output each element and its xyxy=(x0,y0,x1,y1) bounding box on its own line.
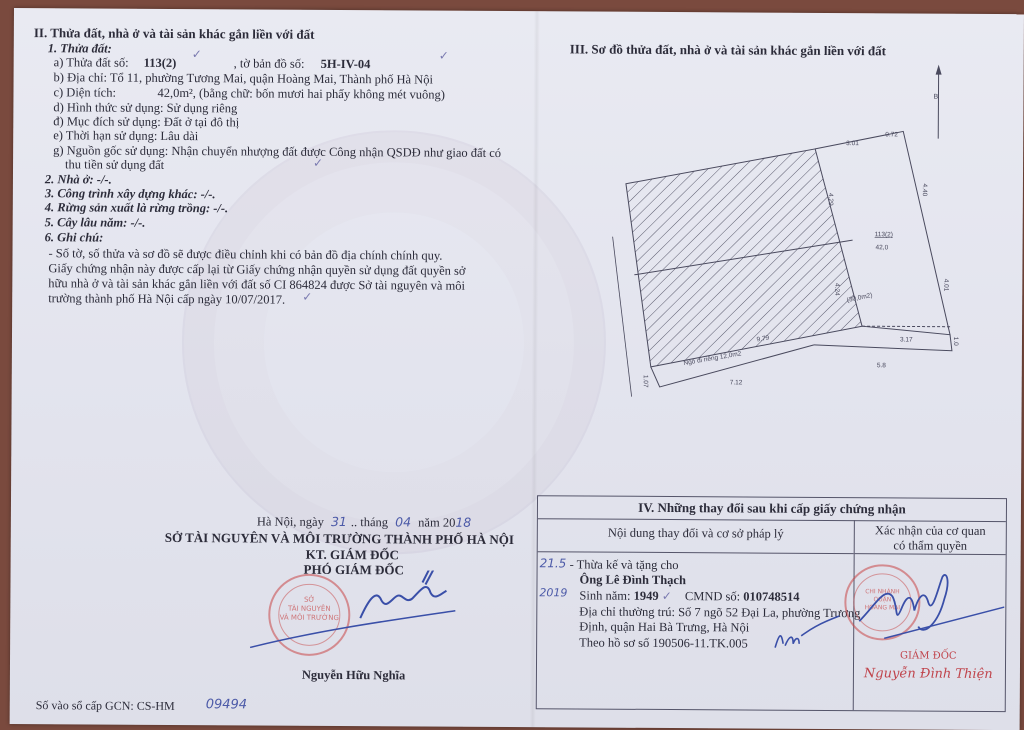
parcel-diagram: B 3.01 0.72 4.40 4.01 4.29 4.24 113(2) 4… xyxy=(592,57,994,399)
confirm-signer: Nguyễn Đình Thiện xyxy=(864,666,993,682)
id-number: 010748514 xyxy=(743,589,799,603)
dim-inner-lower: 4.24 xyxy=(833,283,840,296)
parcel-id: 113(2) xyxy=(875,231,893,238)
dim-left-small: 1.07 xyxy=(642,375,649,388)
authority-confirmation-column: Xác nhận của cơ quan có thẩm quyền CHI N… xyxy=(854,520,1006,711)
notes-heading: 6. Ghi chú: xyxy=(45,230,104,246)
dim-right-small: 1.0 xyxy=(952,337,959,346)
dim-top: 3.01 xyxy=(846,140,859,147)
handwritten-year: 2019 xyxy=(539,586,567,599)
map-sheet-label: , tờ bản đồ số: xyxy=(234,56,305,72)
issuing-agency: SỞ TÀI NGUYÊN VÀ MÔI TRƯỜNG THÀNH PHỐ HÀ… xyxy=(165,530,514,548)
recipient-name: Ông Lê Đình Thạch xyxy=(579,572,685,588)
birth-year: 1949 xyxy=(634,589,659,603)
section2-title: II. Thửa đất, nhà ở và tài sản khác gắn … xyxy=(34,25,315,43)
dim-bottom-right: 3.17 xyxy=(900,336,913,343)
dim-lane-bottom: 7.12 xyxy=(730,379,743,386)
signer-role-1: KT. GIÁM ĐỐC xyxy=(306,547,399,564)
handwritten-date: 21.5 xyxy=(540,556,567,570)
changes-content-column: Nội dung thay đổi và cơ sở pháp lý 21.5 … xyxy=(537,518,855,710)
dim-inner-upper: 4.29 xyxy=(827,193,834,206)
dim-top-right: 0.72 xyxy=(885,131,898,138)
usage-origin-cont: thu tiền sử dụng đất xyxy=(65,157,164,173)
signer-name: Nguyễn Hữu Nghĩa xyxy=(302,668,405,684)
parcel-number: 113(2) xyxy=(144,56,177,72)
forest-item: 4. Rừng sản xuất là rừng trồng: -/-. xyxy=(45,200,229,217)
watermark-emblem xyxy=(181,129,608,556)
check-mark-icon: ✓ xyxy=(439,49,449,63)
entry-type: - Thừa kế và tặng cho xyxy=(570,557,679,573)
usage-term: e) Thời hạn sử dụng: Lâu dài xyxy=(53,128,198,144)
check-mark-icon: ✓ xyxy=(192,47,202,61)
dim-lane-right: 5.8 xyxy=(877,362,886,369)
change-entry: 21.5 2019 - Thừa kế và tặng cho Ông Lê Đ… xyxy=(537,552,854,710)
parcel-number-label: a) Thửa đất số: xyxy=(54,55,129,71)
issue-day: 31 xyxy=(331,514,347,529)
birth-info: Sinh năm: 1949 ✓ CMND số: 010748514 xyxy=(579,588,799,605)
area-label: c) Diện tích: xyxy=(53,85,116,101)
col2-header: Xác nhận của cơ quan có thẩm quyền xyxy=(855,520,1006,555)
north-label: B xyxy=(933,94,938,101)
note-line: trường thành phố Hà Nội cấp ngày 10/07/2… xyxy=(48,291,285,308)
map-sheet-number: 5H-IV-04 xyxy=(321,57,371,73)
director-signature-scribble xyxy=(854,566,1004,647)
perennial-item: 5. Cây lâu năm: -/-. xyxy=(45,215,146,231)
initials-scribble xyxy=(767,614,847,654)
registry-label: Số vào sổ cấp GCN: CS-HM xyxy=(36,698,175,714)
issue-year: 18 xyxy=(455,515,471,530)
issue-month: 04 xyxy=(395,514,411,529)
signature-scribble xyxy=(240,569,471,660)
dim-right-lower: 4.01 xyxy=(942,279,949,292)
confirm-role: GIÁM ĐỐC xyxy=(900,650,957,661)
col1-header: Nội dung thay đổi và cơ sở pháp lý xyxy=(538,518,854,554)
certificate-page: II. Thửa đất, nhà ở và tài sản khác gắn … xyxy=(10,8,1024,730)
check-mark-icon: ✓ xyxy=(302,290,312,304)
issue-date: Hà Nội, ngày 31.. tháng 04 năm 2018 xyxy=(257,513,472,531)
address-line-2: Định, quận Hai Bà Trưng, Hà Nội xyxy=(579,619,749,636)
check-mark-icon: ✓ xyxy=(313,156,323,170)
file-reference: Theo hồ sơ số 190506-11.TK.005 xyxy=(579,635,748,652)
changes-table: IV. Những thay đổi sau khi cấp giấy chứn… xyxy=(536,495,1007,712)
parcel-area: 42,0 xyxy=(876,244,889,251)
registry-number: 09494 xyxy=(206,697,247,712)
dim-right-upper: 4.40 xyxy=(921,184,928,197)
